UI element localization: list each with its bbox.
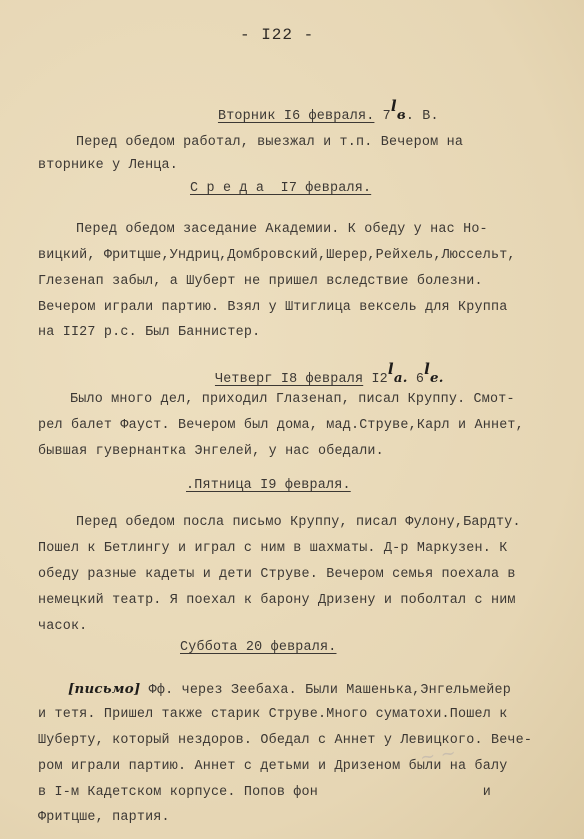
entry-heading-wednesday: С р е д а I7 февраля. (190, 181, 371, 196)
entry-heading-saturday: Суббота 20 февраля. (180, 640, 336, 655)
text-line: бывшая гувернантка Энгелей, у нас обедал… (38, 444, 384, 459)
text-line: и тетя. Пришел также старик Струве.Много… (38, 707, 507, 722)
handwritten-annotation: l (388, 360, 394, 378)
entry-heading-friday: .Пятница I9 февраля. (186, 478, 351, 493)
text-line: Перед обедом посла письмо Круппу, писал … (76, 515, 521, 530)
text-line: на II27 р.с. Был Баннистер. (38, 325, 260, 340)
text-line: Глезенап забыл, а Шуберт не пришел вслед… (38, 274, 483, 289)
text-line: обеду разные кадеты и дети Струве. Вечер… (38, 567, 516, 582)
text-line: Шуберту, который нездоров. Обедал с Анне… (38, 733, 532, 748)
text-line: Вечером играли партию. Взял у Штиглица в… (38, 300, 507, 315)
text-line: немецкий театр. Я поехал к барону Дризен… (38, 593, 516, 608)
text-line: Перед обедом работал, выезжал и т.п. Веч… (76, 135, 463, 150)
handwritten-annotation: е. (430, 370, 444, 386)
text-line: Фритцше, партия. (38, 810, 170, 825)
handwritten-annotation: а. (394, 370, 408, 386)
text-line: [письмо] Фф. через Зеебаха. Были Машеньк… (68, 681, 511, 698)
text-line: Было много дел, приходил Глазенап, писал… (70, 392, 515, 407)
text-line: Пошел к Бетлингу и играл с ним в шахматы… (38, 541, 507, 556)
text-line: часок. (38, 619, 87, 634)
entry-heading-tuesday: Вторник I6 февраля. 7lв. В. (185, 90, 439, 139)
page-number: - I22 - (240, 26, 314, 44)
text-line: рел балет Фауст. Вечером был дома, мад.С… (38, 418, 524, 433)
handwritten-annotation: [письмо] (68, 681, 140, 697)
text-line: в I-м Кадетском корпусе. Попов фон и (38, 785, 491, 800)
text-line: вицкий, Фритцше,Ундриц,Домбровский,Шерер… (38, 248, 516, 263)
handwritten-annotation: l (391, 97, 397, 115)
handwritten-annotation: в (397, 107, 406, 123)
handwritten-annotation: l (424, 360, 430, 378)
text-line: вторнике у Ленца. (38, 158, 178, 173)
document-page: - I22 - Вторник I6 февраля. 7lв. В. Пере… (0, 0, 584, 839)
text-line: Перед обедом заседание Академии. К обеду… (76, 222, 488, 237)
